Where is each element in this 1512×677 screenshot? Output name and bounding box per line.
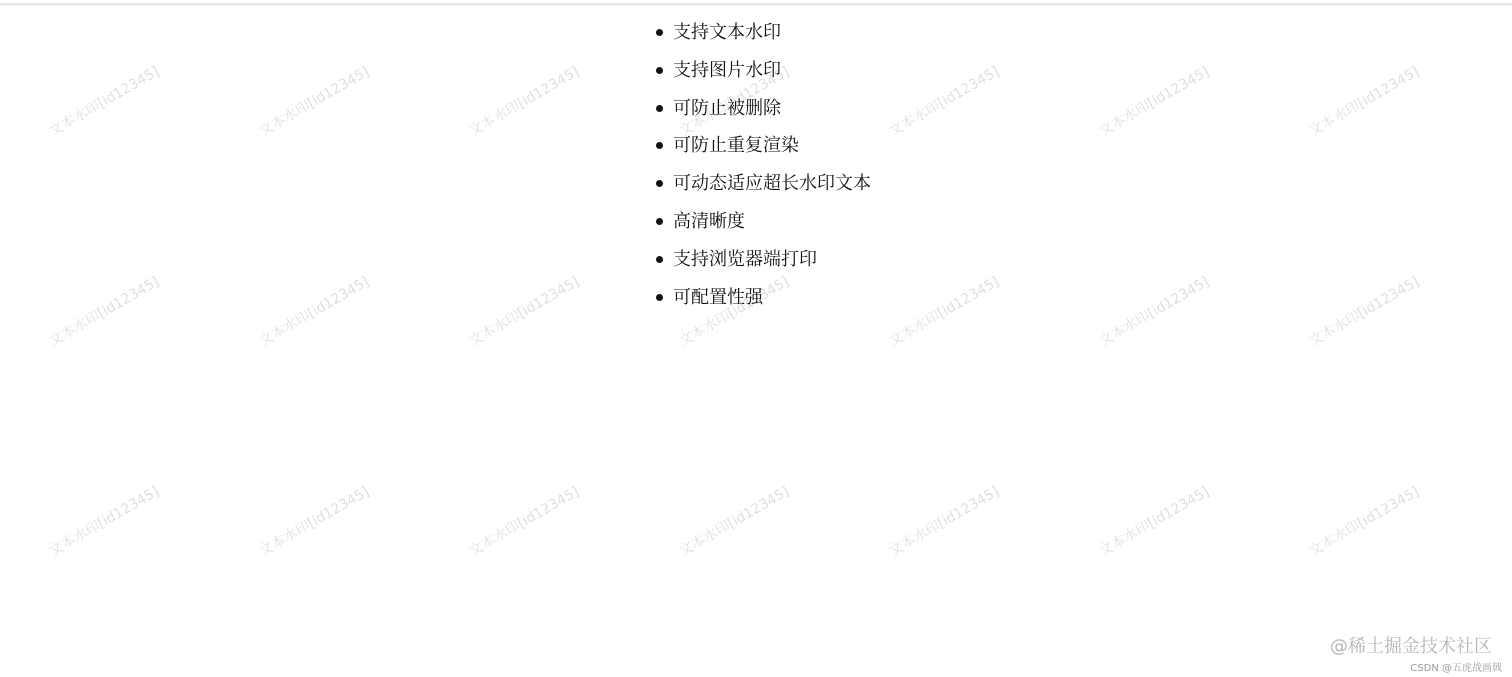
watermark-text: 文本水印[id12345] (1095, 271, 1213, 350)
watermark-text: 文本水印[id12345] (1095, 61, 1213, 140)
feature-label: 可配置性强 (673, 287, 763, 308)
watermark-text: 文本水印[id12345] (45, 271, 163, 350)
bullet-icon (656, 29, 663, 36)
feature-list: 支持文本水印 支持图片水印 可防止被删除 可防止重复渲染 可动态适应超长水印文本… (656, 14, 871, 316)
bullet-icon (656, 67, 663, 74)
bullet-icon (656, 142, 663, 149)
feature-label: 支持图片水印 (673, 60, 781, 81)
feature-label: 支持浏览器端打印 (673, 249, 817, 270)
feature-label: 高清晰度 (673, 211, 745, 232)
watermark-text: 文本水印[id12345] (1305, 61, 1423, 140)
bullet-icon (656, 294, 663, 301)
feature-label: 可防止被删除 (673, 98, 781, 119)
feature-item: 可动态适应超长水印文本 (656, 165, 871, 203)
bullet-icon (656, 105, 663, 112)
feature-item: 高清晰度 (656, 203, 871, 241)
watermark-text: 文本水印[id12345] (45, 61, 163, 140)
watermark-text: 文本水印[id12345] (465, 271, 583, 350)
feature-item: 可防止重复渲染 (656, 127, 871, 165)
watermark-text: 文本水印[id12345] (1095, 481, 1213, 560)
source-credit: @稀土掘金技术社区 (1330, 632, 1492, 658)
watermark-text: 文本水印[id12345] (1305, 271, 1423, 350)
watermark-text: 文本水印[id12345] (885, 61, 1003, 140)
top-divider (0, 3, 1512, 5)
watermark-text: 文本水印[id12345] (45, 481, 163, 560)
bullet-icon (656, 256, 663, 263)
watermark-text: 文本水印[id12345] (1305, 481, 1423, 560)
watermark-text: 文本水印[id12345] (255, 271, 373, 350)
feature-label: 支持文本水印 (673, 22, 781, 43)
feature-label: 可防止重复渲染 (673, 135, 799, 156)
watermark-text: 文本水印[id12345] (465, 481, 583, 560)
bullet-icon (656, 180, 663, 187)
watermark-text: 文本水印[id12345] (885, 271, 1003, 350)
watermark-text: 文本水印[id12345] (255, 61, 373, 140)
author-credit: CSDN @五虎战画戟 (1410, 659, 1502, 674)
page: 文本水印[id12345]文本水印[id12345]文本水印[id12345]文… (0, 0, 1512, 677)
feature-item: 支持图片水印 (656, 52, 871, 90)
feature-item: 支持浏览器端打印 (656, 241, 871, 279)
feature-item: 可防止被删除 (656, 90, 871, 128)
feature-item: 可配置性强 (656, 279, 871, 317)
watermark-text: 文本水印[id12345] (465, 61, 583, 140)
watermark-text: 文本水印[id12345] (255, 481, 373, 560)
feature-item: 支持文本水印 (656, 14, 871, 52)
watermark-text: 文本水印[id12345] (885, 481, 1003, 560)
watermark-text: 文本水印[id12345] (675, 481, 793, 560)
bullet-icon (656, 218, 663, 225)
feature-label: 可动态适应超长水印文本 (673, 173, 871, 194)
